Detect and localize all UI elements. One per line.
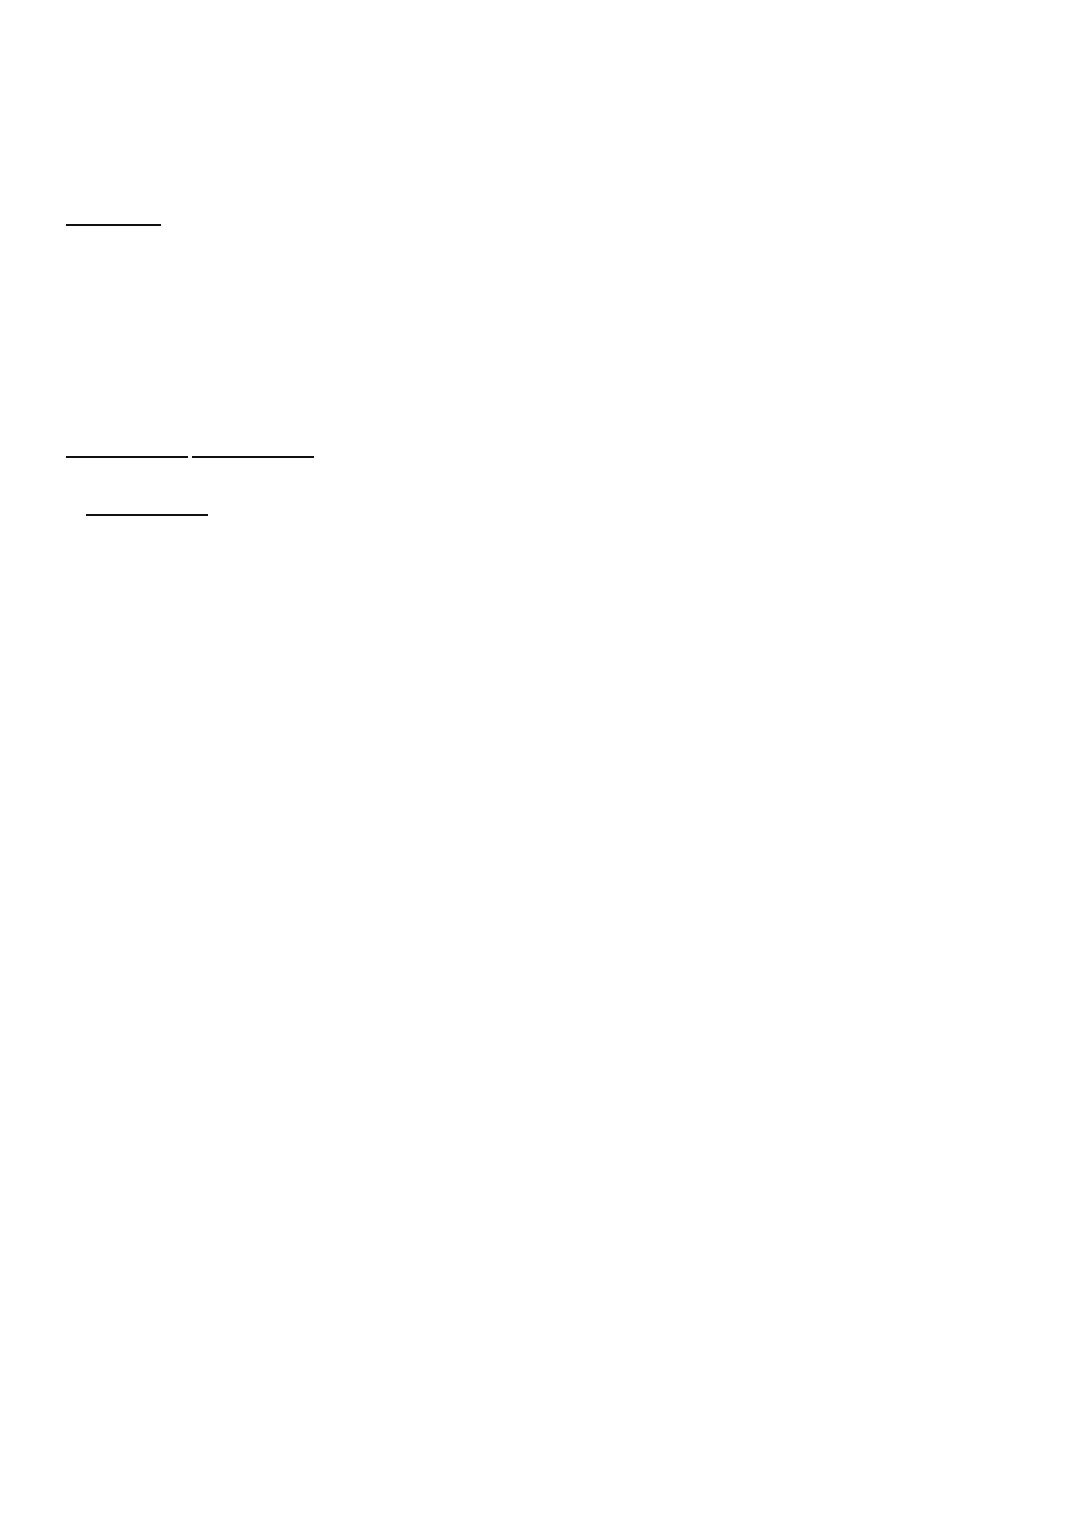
- exam-page: [0, 0, 1080, 1527]
- answer-blank[interactable]: [66, 206, 161, 226]
- answer-blank[interactable]: [66, 438, 188, 458]
- answer-blank[interactable]: [86, 496, 208, 516]
- question-8-2: [64, 496, 1018, 525]
- answer-blank[interactable]: [192, 438, 314, 458]
- question-6: [64, 206, 1018, 235]
- question-8-1: [64, 438, 1018, 467]
- underlined-poem-sentence: [92, 384, 120, 404]
- poem-line-1: [64, 380, 1018, 408]
